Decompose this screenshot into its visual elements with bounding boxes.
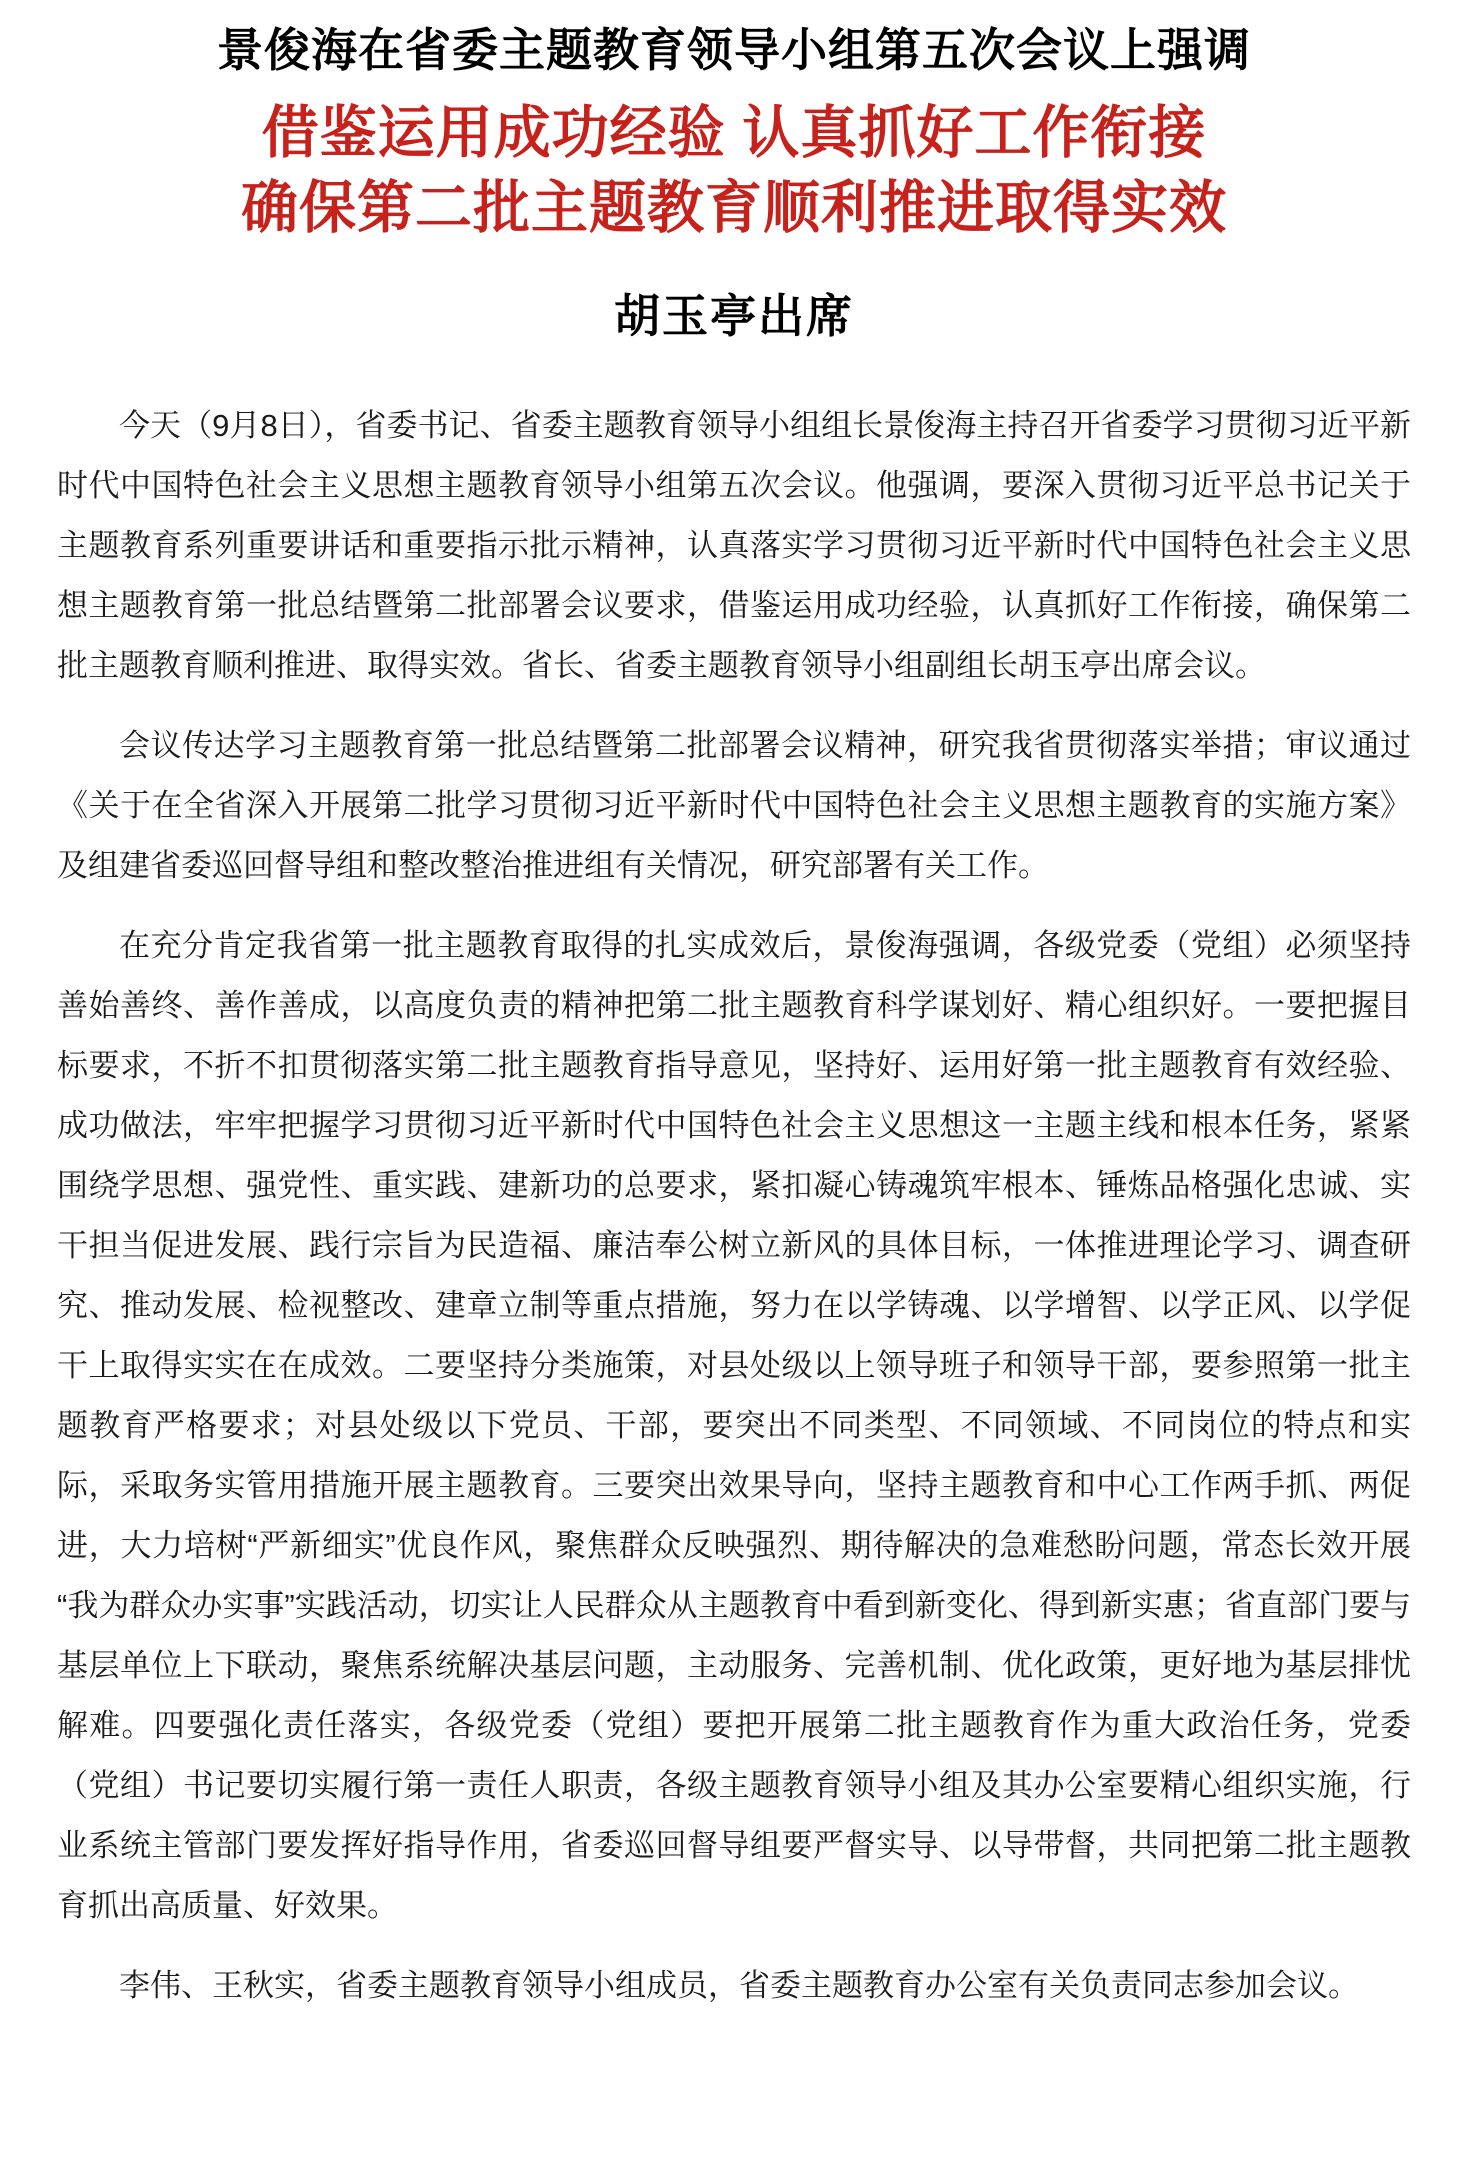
article-headline: 借鉴运用成功经验 认真抓好工作衔接 确保第二批主题教育顺利推进取得实效 [57, 96, 1411, 246]
paragraph-1: 今天（9月8日），省委书记、省委主题教育领导小组组长景俊海主持召开省委学习贯彻习… [57, 396, 1411, 696]
headline-line-1: 借鉴运用成功经验 认真抓好工作衔接 [57, 96, 1411, 171]
paragraph-2: 会议传达学习主题教育第一批总结暨第二批部署会议精神，研究我省贯彻落实举措；审议通… [57, 716, 1411, 896]
paragraph-3: 在充分肯定我省第一批主题教育取得的扎实成效后，景俊海强调，各级党委（党组）必须坚… [57, 916, 1411, 1936]
article-page: 景俊海在省委主题教育领导小组第五次会议上强调 借鉴运用成功经验 认真抓好工作衔接… [0, 0, 1468, 2056]
headline-line-2: 确保第二批主题教育顺利推进取得实效 [57, 171, 1411, 246]
article-subtitle: 胡玉亭出席 [57, 292, 1411, 343]
news-article: 景俊海在省委主题教育领导小组第五次会议上强调 借鉴运用成功经验 认真抓好工作衔接… [57, 22, 1411, 2016]
paragraph-4: 李伟、王秋实，省委主题教育领导小组成员，省委主题教育办公室有关负责同志参加会议。 [57, 1956, 1411, 2016]
article-body: 今天（9月8日），省委书记、省委主题教育领导小组组长景俊海主持召开省委学习贯彻习… [57, 396, 1411, 2016]
article-supertitle: 景俊海在省委主题教育领导小组第五次会议上强调 [57, 22, 1411, 80]
